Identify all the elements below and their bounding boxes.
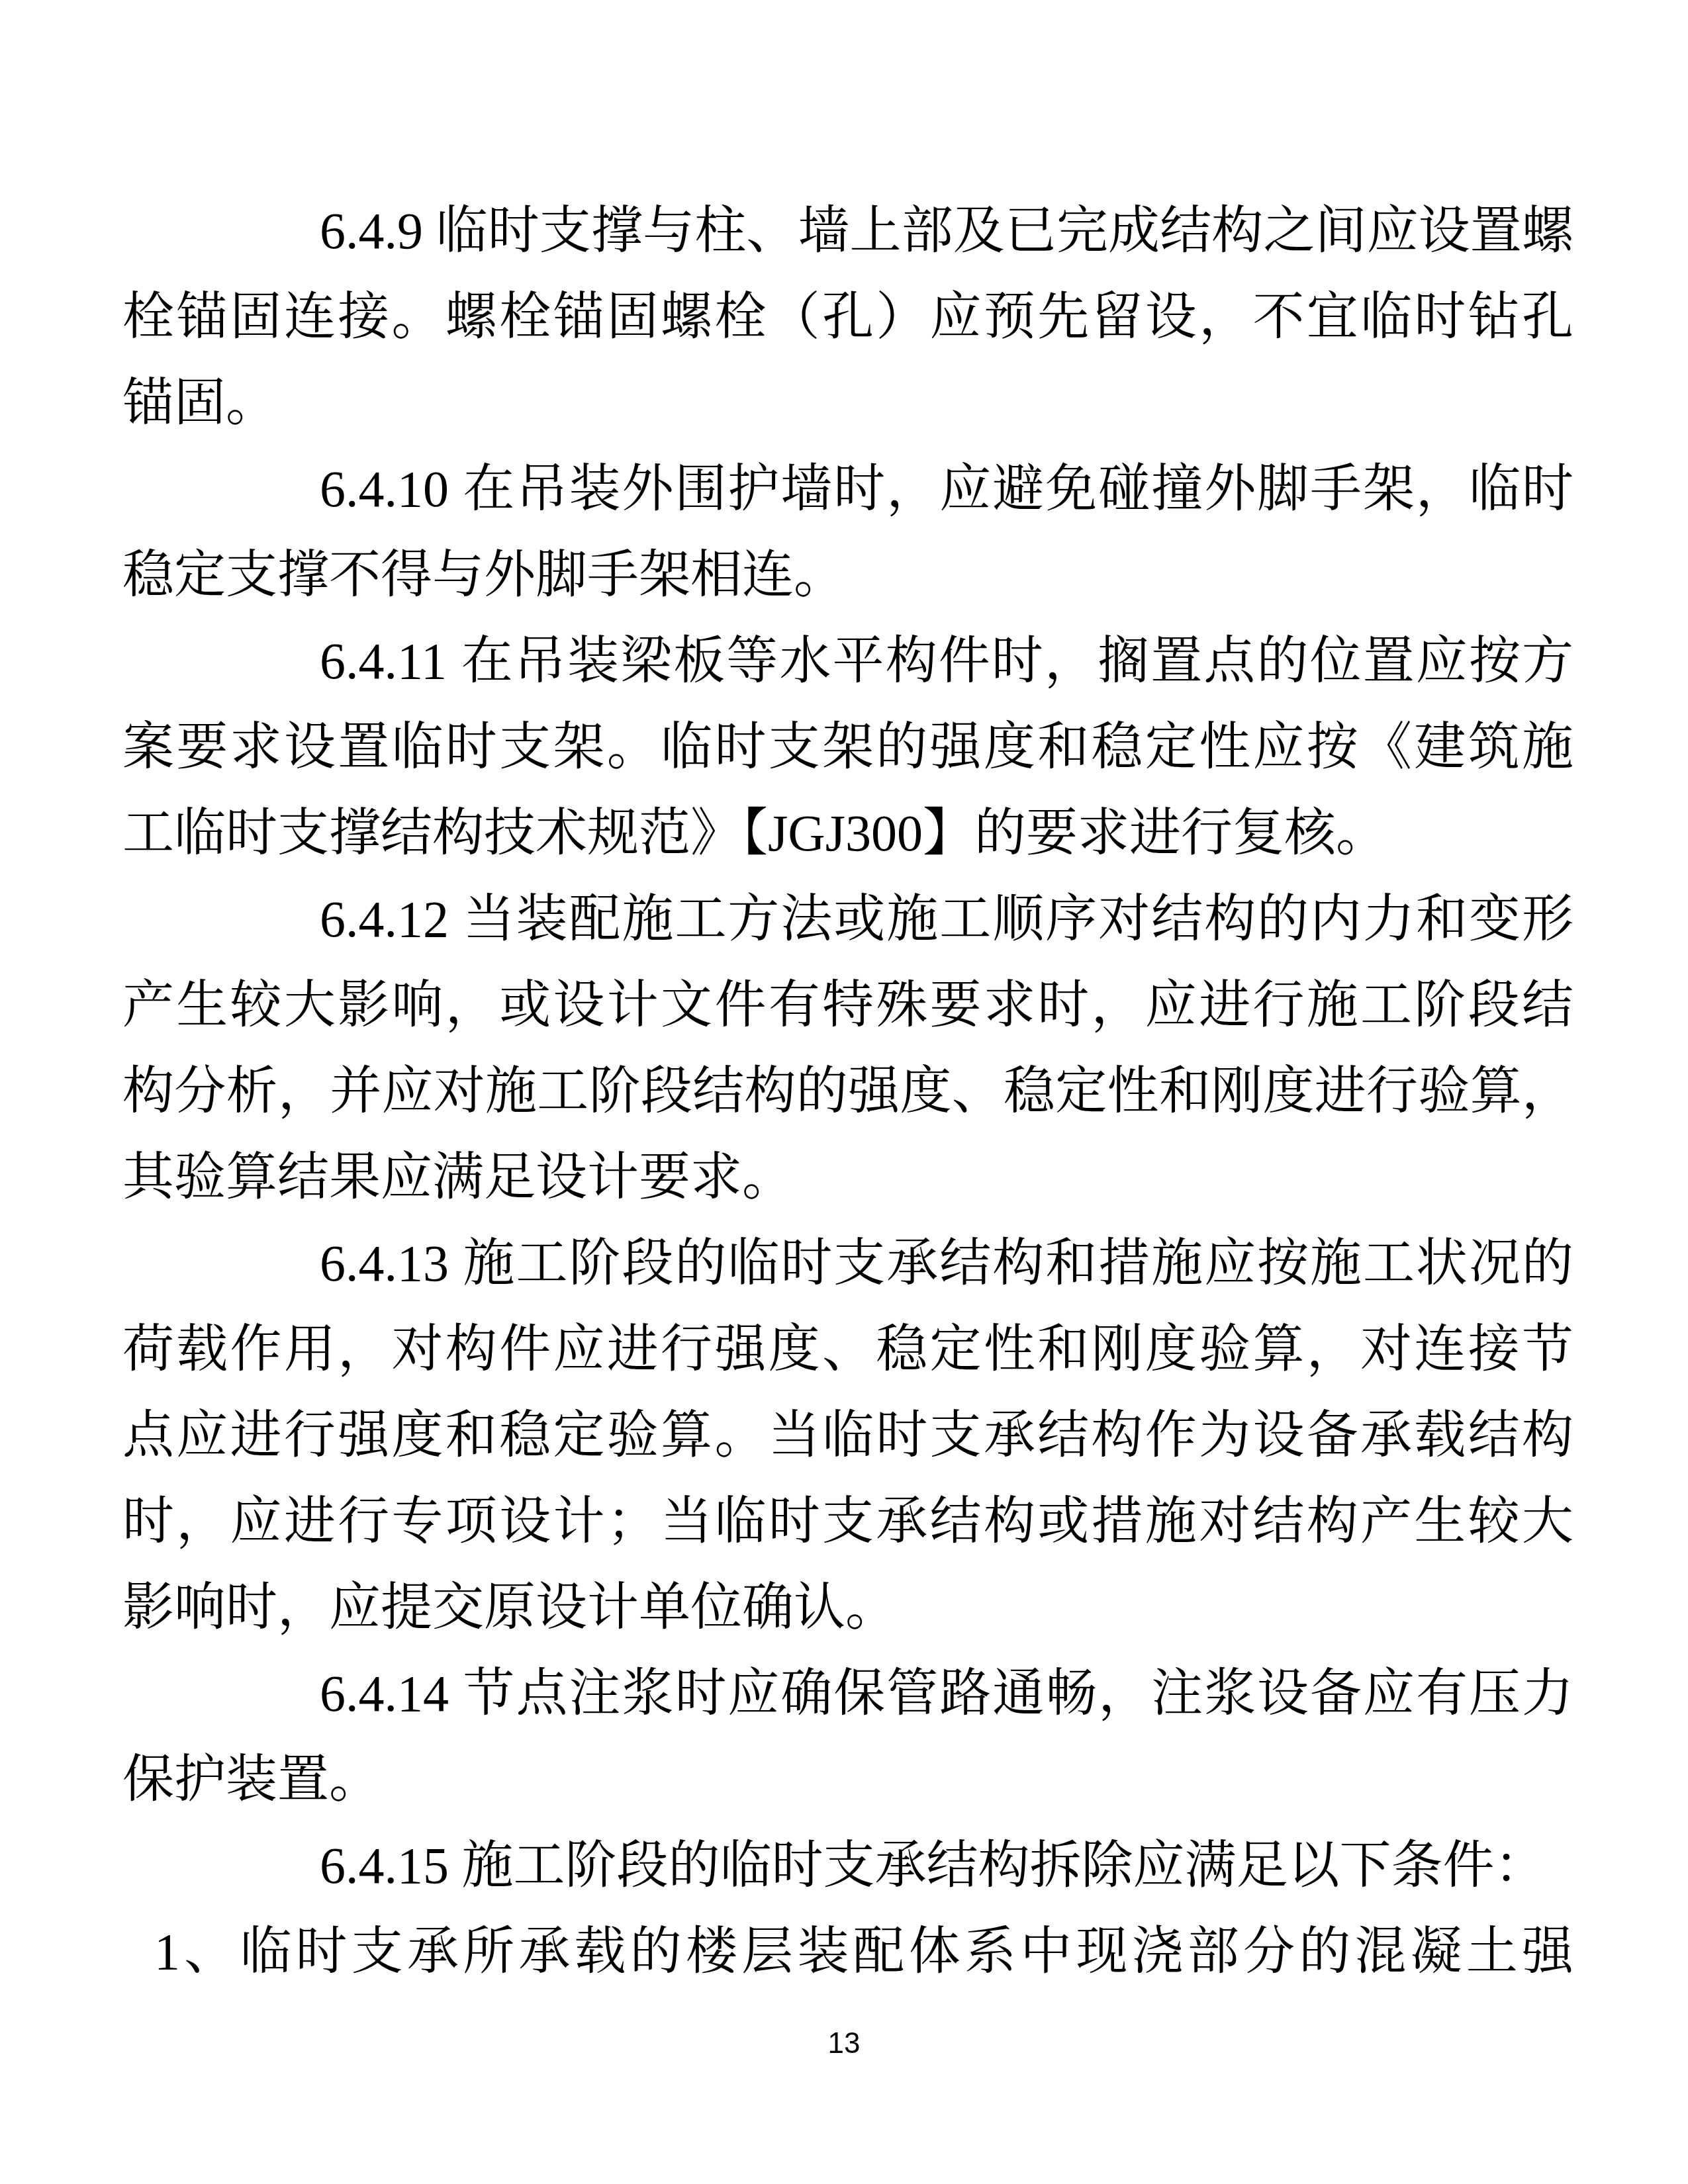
text-line-6.4.12-3: 其验算结果应满足设计要求。 bbox=[122, 1134, 1573, 1220]
page-number: 13 bbox=[828, 2027, 861, 2060]
text-line-6.4.12-0: 6.4.12 当装配施工方法或施工顺序对结构的内力和变形 bbox=[122, 876, 1573, 962]
text-line-6.4.15-0: 6.4.15 施工阶段的临时支承结构拆除应满足以下条件： bbox=[122, 1823, 1573, 1909]
text-line-item-1-0: 1、临时支承所承载的楼层装配体系中现浇部分的混凝土强 bbox=[122, 1909, 1573, 1995]
text-line-6.4.12-1: 产生较大影响，或设计文件有特殊要求时，应进行施工阶段结 bbox=[122, 962, 1573, 1048]
text-line-6.4.9-0: 6.4.9 临时支撑与柱、墙上部及已完成结构之间应设置螺 bbox=[122, 188, 1573, 274]
text-line-6.4.13-3: 时，应进行专项设计；当临时支承结构或措施对结构产生较大 bbox=[122, 1479, 1573, 1565]
text-line-6.4.13-4: 影响时，应提交原设计单位确认。 bbox=[122, 1565, 1573, 1651]
document-page: 6.4.9 临时支撑与柱、墙上部及已完成结构之间应设置螺栓锚固连接。螺栓锚固螺栓… bbox=[0, 0, 1688, 2184]
text-line-6.4.11-1: 案要求设置临时支架。临时支架的强度和稳定性应按《建筑施 bbox=[122, 704, 1573, 790]
text-line-6.4.14-1: 保护装置。 bbox=[122, 1737, 1573, 1823]
text-line-6.4.12-2: 构分析，并应对施工阶段结构的强度、稳定性和刚度进行验算， bbox=[122, 1048, 1573, 1134]
text-line-6.4.10-0: 6.4.10 在吊装外围护墙时，应避免碰撞外脚手架，临时 bbox=[122, 446, 1573, 532]
text-line-6.4.10-1: 稳定支撑不得与外脚手架相连。 bbox=[122, 532, 1573, 618]
text-line-6.4.9-1: 栓锚固连接。螺栓锚固螺栓（孔）应预先留设，不宜临时钻孔 bbox=[122, 274, 1573, 360]
text-line-6.4.14-0: 6.4.14 节点注浆时应确保管路通畅，注浆设备应有压力 bbox=[122, 1651, 1573, 1737]
page-footer: 13 bbox=[0, 2026, 1688, 2061]
text-line-6.4.11-0: 6.4.11 在吊装梁板等水平构件时，搁置点的位置应按方 bbox=[122, 618, 1573, 704]
text-line-6.4.13-1: 荷载作用，对构件应进行强度、稳定性和刚度验算，对连接节 bbox=[122, 1306, 1573, 1392]
text-line-6.4.13-2: 点应进行强度和稳定验算。当临时支承结构作为设备承载结构 bbox=[122, 1392, 1573, 1479]
text-line-6.4.11-2: 工临时支撑结构技术规范》【JGJ300】的要求进行复核。 bbox=[122, 790, 1573, 876]
text-line-6.4.13-0: 6.4.13 施工阶段的临时支承结构和措施应按施工状况的 bbox=[122, 1220, 1573, 1306]
document-body: 6.4.9 临时支撑与柱、墙上部及已完成结构之间应设置螺栓锚固连接。螺栓锚固螺栓… bbox=[122, 188, 1573, 1995]
text-line-6.4.9-2: 锚固。 bbox=[122, 360, 1573, 446]
